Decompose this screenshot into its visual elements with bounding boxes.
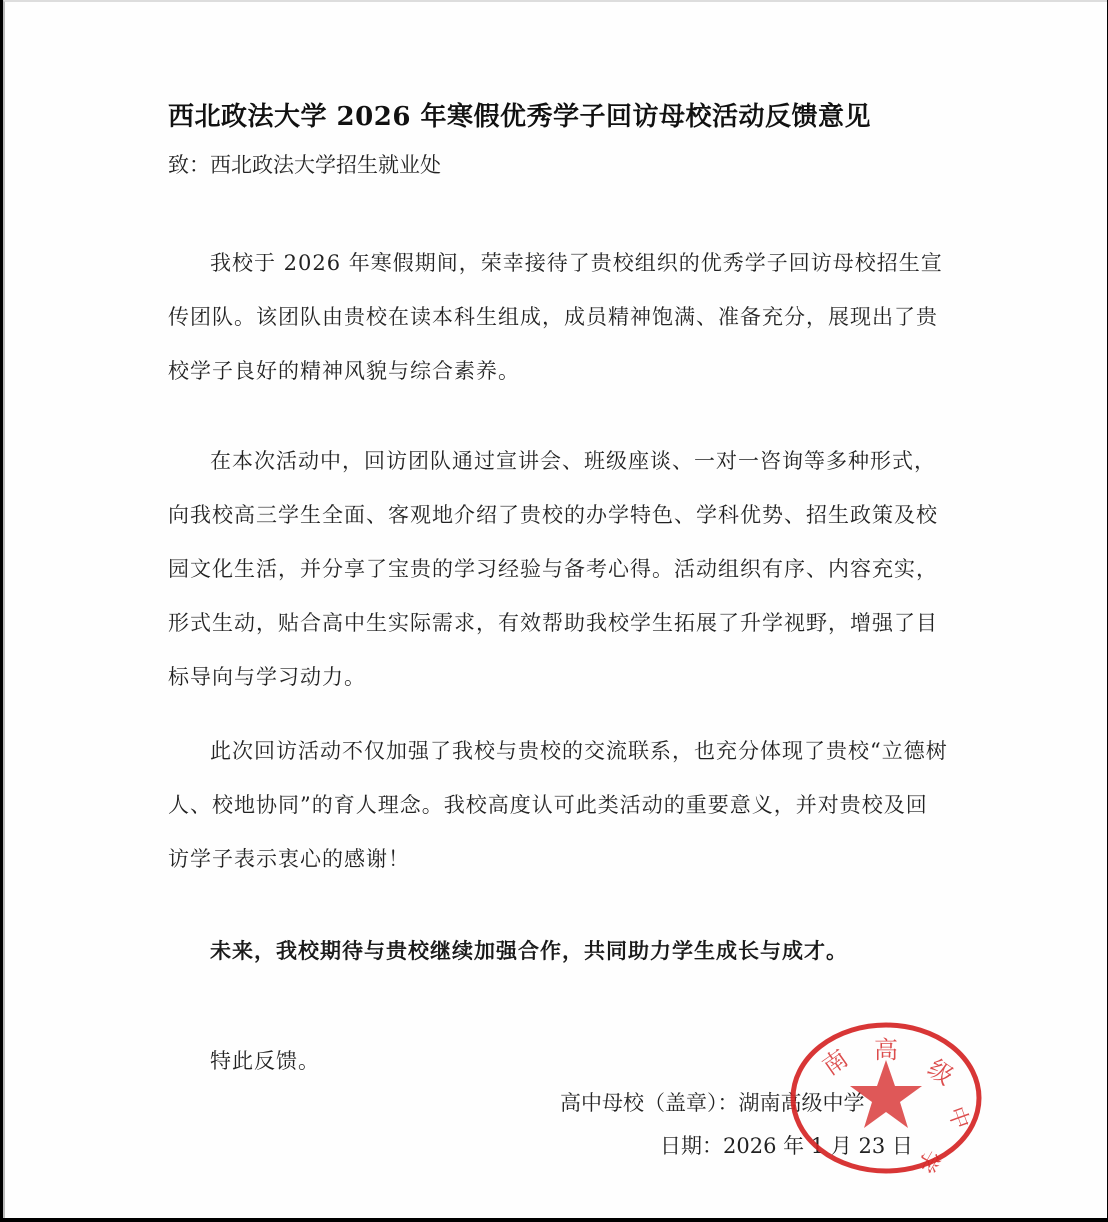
official-seal-icon: 南 高 级 中 学 [788, 1020, 984, 1176]
paragraph-1: 我校于 2026 年寒假期间，荣幸接待了贵校组织的优秀学子回访母校招生宣传团队。… [168, 236, 948, 398]
svg-text:高: 高 [874, 1036, 898, 1064]
document-title: 西北政法大学 2026 年寒假优秀学子回访母校活动反馈意见 [168, 96, 871, 133]
paragraph-2: 在本次活动中，回访团队通过宣讲会、班级座谈、一对一咨询等多种形式，向我校高三学生… [168, 434, 948, 704]
svg-text:级: 级 [923, 1054, 959, 1091]
paragraph-3: 此次回访活动不仅加强了我校与贵校的交流联系，也充分体现了贵校“立德树人、校地协同… [168, 724, 948, 886]
svg-text:学: 学 [912, 1145, 945, 1176]
document-page: 西北政法大学 2026 年寒假优秀学子回访母校活动反馈意见 致：西北政法大学招生… [3, 0, 1107, 1218]
date-label: 日期： [660, 1134, 723, 1158]
recipient-line: 致：西北政法大学招生就业处 [168, 149, 441, 179]
paragraph-4: 未来，我校期待与贵校继续加强合作，共同助力学生成长与成才。 [168, 924, 948, 978]
svg-text:南: 南 [817, 1044, 853, 1081]
signature-label: 高中母校（盖章）： [560, 1091, 739, 1115]
